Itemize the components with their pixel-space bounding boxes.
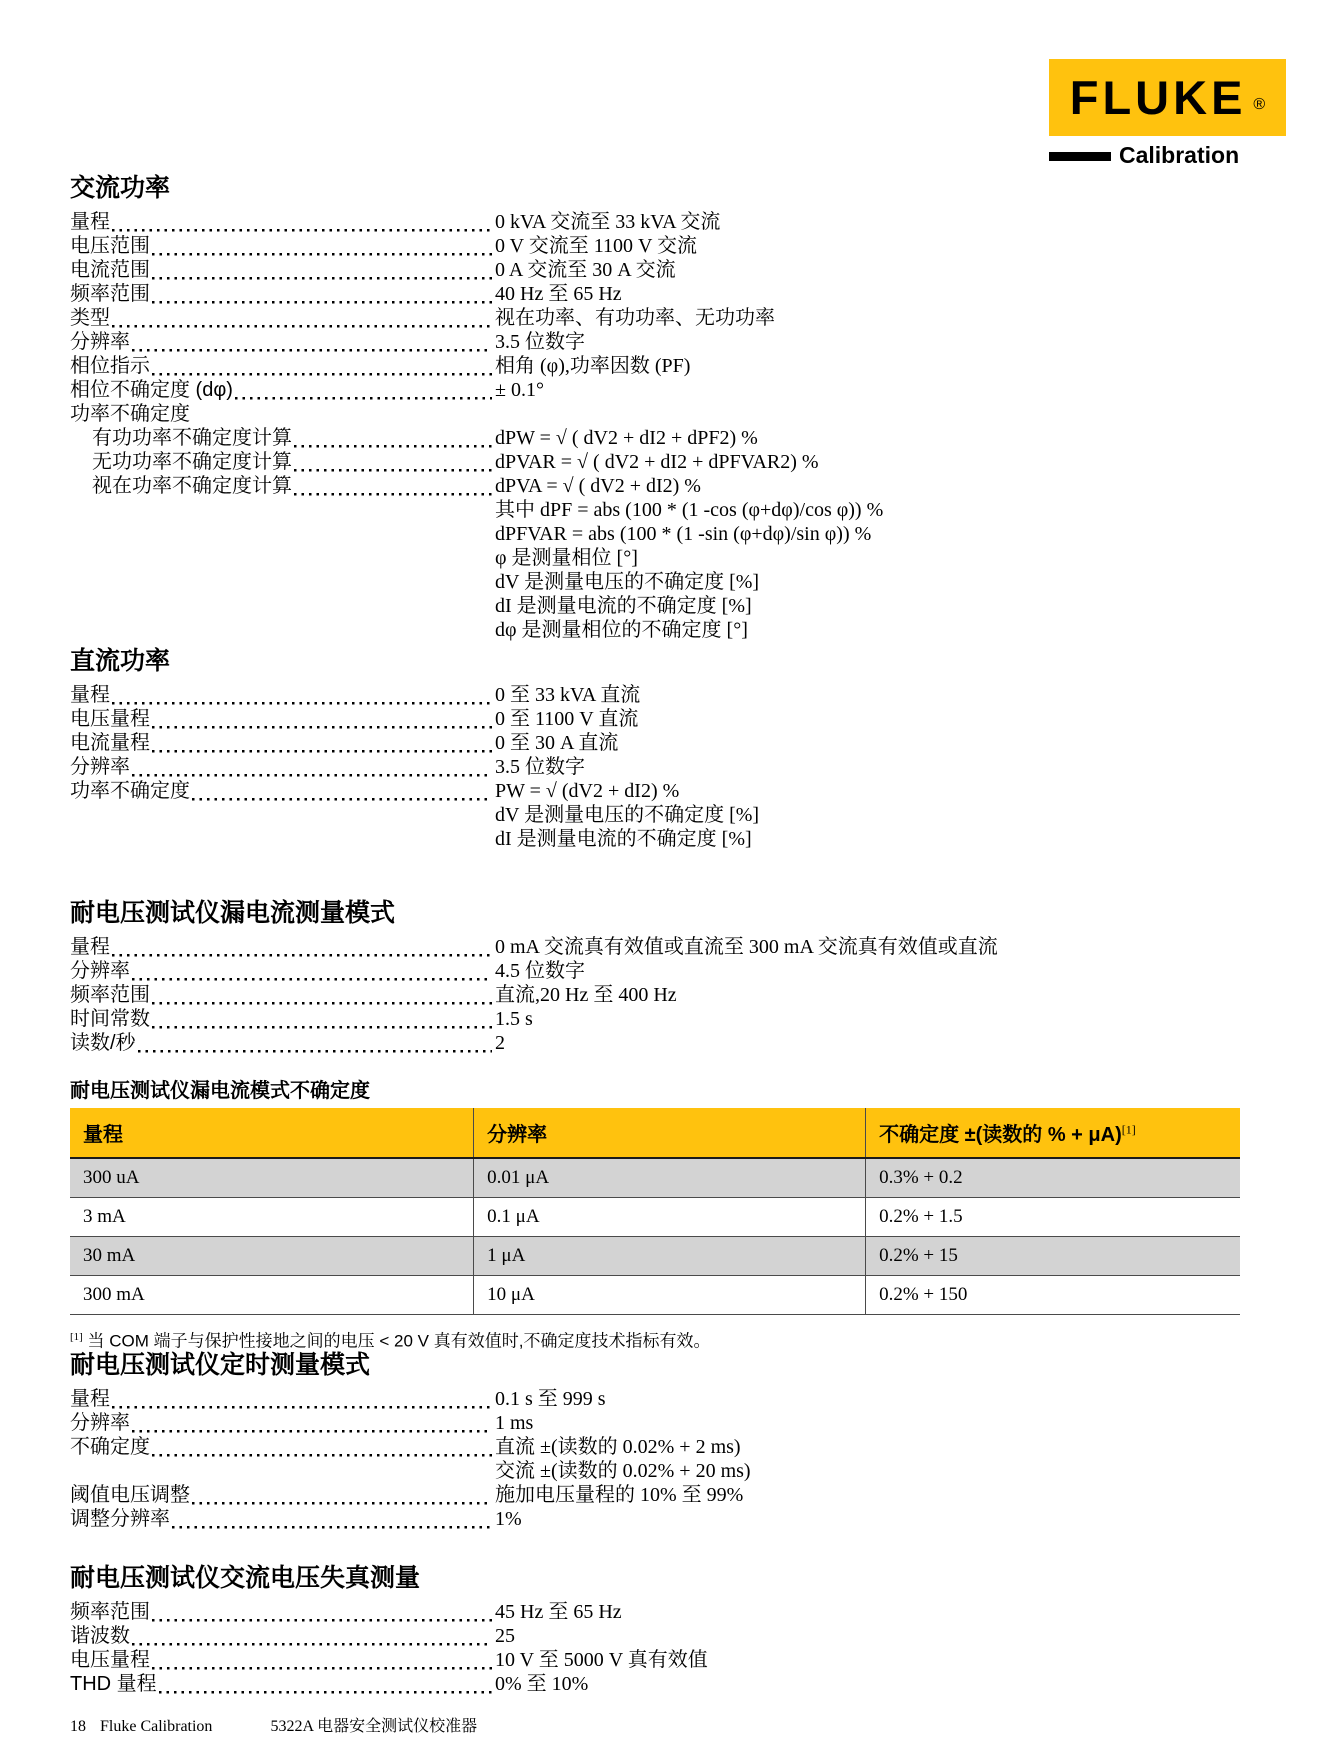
spec-value: 1% (495, 1508, 522, 1531)
section-leakage-uncertainty: 耐电压测试仪漏电流模式不确定度 量程分辨率不确定度 ±(读数的 % + μA)[… (70, 1080, 1240, 1352)
spec-left: 功率不确定度 (70, 780, 495, 803)
table-cell: 1 μA (474, 1237, 866, 1276)
spec-left: 有功功率不确定度计算 (70, 427, 495, 450)
spec-label: 量程 (70, 211, 110, 234)
leader-dots (294, 458, 492, 474)
footnote-text: 当 COM 端子与保护性接地之间的电压 < 20 V 真有效值时,不确定度技术指… (83, 1332, 711, 1351)
spec-left: 量程 (70, 211, 495, 234)
spec-row: 分辨率3.5 位数字 (70, 330, 1260, 354)
leader-dots (112, 1395, 492, 1411)
table-row: 300 uA0.01 μA0.3% + 0.2 (70, 1158, 1240, 1198)
datasheet-page: FLUKE ® Calibration 交流功率 量程0 kVA 交流至 33 … (0, 0, 1320, 1760)
spec-value: dV 是测量电压的不确定度 [%] (495, 804, 759, 827)
header-footnote-marker: [1] (1122, 1122, 1136, 1136)
spec-value: 4.5 位数字 (495, 960, 585, 983)
spec-row: 调整分辨率1% (70, 1507, 1260, 1531)
spec-row: 电流范围0 A 交流至 30 A 交流 (70, 258, 1260, 282)
table-header-row: 量程分辨率不确定度 ±(读数的 % + μA)[1] (70, 1108, 1240, 1158)
spec-row: 无功功率不确定度计算dPVAR = √ ( dV2 + dI2 + dPFVAR… (70, 450, 1260, 474)
spec-value: 3.5 位数字 (495, 756, 585, 779)
spec-row: 量程0 至 33 kVA 直流 (70, 683, 1260, 707)
leader-dots (192, 787, 492, 803)
spec-row: 频率范围40 Hz 至 65 Hz (70, 282, 1260, 306)
spec-row: dV 是测量电压的不确定度 [%] (70, 803, 1260, 827)
spec-label: 谐波数 (70, 1625, 130, 1648)
spec-label: 无功功率不确定度计算 (92, 451, 292, 474)
spec-row: dPFVAR = abs (100 * (1 -sin (φ+dφ)/sin φ… (70, 522, 1260, 546)
section-ac-power: 交流功率 量程0 kVA 交流至 33 kVA 交流电压范围0 V 交流至 11… (70, 175, 1260, 642)
spec-row: 功率不确定度PW = √ (dV2 + dI2) % (70, 779, 1260, 803)
table-cell: 3 mA (70, 1198, 474, 1237)
spec-left: 量程 (70, 684, 495, 707)
spec-row: dI 是测量电流的不确定度 [%] (70, 594, 1260, 618)
spec-left: 频率范围 (70, 1601, 495, 1624)
spec-rows: 频率范围45 Hz 至 65 Hz谐波数25电压量程10 V 至 5000 V … (70, 1600, 1260, 1696)
spec-left: 相位指示 (70, 355, 495, 378)
table-header-cell: 分辨率 (474, 1108, 866, 1158)
section-title: 耐电压测试仪交流电压失真测量 (70, 1565, 1260, 1591)
spec-left: 电压量程 (70, 708, 495, 731)
fluke-logo: FLUKE ® (1049, 59, 1286, 136)
section-dc-power: 直流功率 量程0 至 33 kVA 直流电压量程0 至 1100 V 直流电流量… (70, 648, 1260, 851)
spec-value: 45 Hz 至 65 Hz (495, 1601, 622, 1624)
spec-label: 类型 (70, 307, 110, 330)
spec-value: 0 kVA 交流至 33 kVA 交流 (495, 211, 720, 234)
spec-value: 相角 (φ),功率因数 (PF) (495, 355, 690, 378)
spec-value: 施加电压量程的 10% 至 99% (495, 1484, 743, 1507)
table-row: 3 mA0.1 μA0.2% + 1.5 (70, 1198, 1240, 1237)
spec-row: 交流 ±(读数的 0.02% + 20 ms) (70, 1459, 1260, 1483)
spec-value: 0 V 交流至 1100 V 交流 (495, 235, 697, 258)
spec-value: 25 (495, 1625, 515, 1648)
spec-label: 频率范围 (70, 984, 150, 1007)
leader-dots (132, 967, 492, 983)
footer-product: 5322A 电器安全测试仪校准器 (270, 1713, 477, 1736)
section-title: 耐电压测试仪定时测量模式 (70, 1352, 1260, 1378)
table-row: 30 mA1 μA0.2% + 15 (70, 1237, 1240, 1276)
spec-row: 时间常数1.5 s (70, 1007, 1260, 1031)
spec-row: 电流量程0 至 30 A 直流 (70, 731, 1260, 755)
page-number: 18 (70, 1718, 86, 1736)
table-cell: 300 uA (70, 1158, 474, 1198)
leader-dots (152, 739, 492, 755)
spec-left: 类型 (70, 307, 495, 330)
spec-row: φ 是测量相位 [°] (70, 546, 1260, 570)
spec-label: 电压量程 (70, 1649, 150, 1672)
spec-label: 分辨率 (70, 331, 130, 354)
spec-row: 相位不确定度 (dφ) ± 0.1° (70, 378, 1260, 402)
spec-label: 电压量程 (70, 708, 150, 731)
table-cell: 0.2% + 1.5 (866, 1198, 1240, 1237)
spec-row: 谐波数25 (70, 1624, 1260, 1648)
spec-value: 直流 ±(读数的 0.02% + 2 ms) (495, 1436, 741, 1459)
spec-left: THD 量程 (70, 1673, 495, 1696)
spec-value: 0% 至 10% (495, 1673, 588, 1696)
spec-row: 不确定度直流 ±(读数的 0.02% + 2 ms) (70, 1435, 1260, 1459)
spec-label: 电压范围 (70, 235, 150, 258)
spec-row: THD 量程0% 至 10% (70, 1672, 1260, 1696)
spec-value: 0 至 1100 V 直流 (495, 708, 638, 731)
spec-label: THD 量程 (70, 1673, 157, 1696)
spec-row: dI 是测量电流的不确定度 [%] (70, 827, 1260, 851)
leader-dots (294, 482, 492, 498)
calibration-bar-icon (1049, 152, 1111, 161)
leader-dots (132, 338, 492, 354)
spec-left: 功率不确定度 (70, 403, 495, 426)
leader-dots (132, 763, 492, 779)
spec-left: 视在功率不确定度计算 (70, 475, 495, 498)
spec-left: 谐波数 (70, 1625, 495, 1648)
spec-value: dI 是测量电流的不确定度 [%] (495, 828, 752, 851)
registered-trademark-icon: ® (1253, 96, 1265, 114)
spec-label: 量程 (70, 684, 110, 707)
spec-label: 分辨率 (70, 960, 130, 983)
spec-label: 分辨率 (70, 1412, 130, 1435)
spec-value: dPFVAR = abs (100 * (1 -sin (φ+dφ)/sin φ… (495, 523, 871, 546)
leader-dots (192, 1491, 492, 1507)
leader-dots (152, 242, 492, 258)
spec-left: 频率范围 (70, 984, 495, 1007)
table-cell: 30 mA (70, 1237, 474, 1276)
spec-row: 其中 dPF = abs (100 * (1 -cos (φ+dφ)/cos φ… (70, 498, 1260, 522)
spec-row: 分辨率1 ms (70, 1411, 1260, 1435)
spec-left: 无功功率不确定度计算 (70, 451, 495, 474)
spec-value: 1.5 s (495, 1008, 533, 1031)
spec-row: 阈值电压调整施加电压量程的 10% 至 99% (70, 1483, 1260, 1507)
spec-rows: 量程0 至 33 kVA 直流电压量程0 至 1100 V 直流电流量程0 至 … (70, 683, 1260, 851)
spec-value: 0 至 33 kVA 直流 (495, 684, 640, 707)
spec-left: 读数/秒 (70, 1032, 495, 1055)
spec-left: 电流范围 (70, 259, 495, 282)
spec-value: 1 ms (495, 1412, 533, 1435)
spec-value: dPVAR = √ ( dV2 + dI2 + dPFVAR2) % (495, 451, 819, 474)
spec-label: 量程 (70, 1388, 110, 1411)
spec-row: 频率范围45 Hz 至 65 Hz (70, 1600, 1260, 1624)
calibration-logo-line: Calibration (1049, 144, 1239, 167)
spec-rows: 量程0 mA 交流真有效值或直流至 300 mA 交流真有效值或直流分辨率4.5… (70, 935, 1260, 1055)
spec-left: 阈值电压调整 (70, 1484, 495, 1507)
spec-value: 2 (495, 1032, 505, 1055)
section-timer-mode: 耐电压测试仪定时测量模式 量程0.1 s 至 999 s分辨率1 ms不确定度直… (70, 1352, 1260, 1531)
spec-left: 时间常数 (70, 1008, 495, 1031)
spec-left: 电压范围 (70, 235, 495, 258)
table-cell: 10 μA (474, 1276, 866, 1315)
spec-label: 视在功率不确定度计算 (92, 475, 292, 498)
spec-row: 有功功率不确定度计算dPW = √ ( dV2 + dI2 + dPF2) % (70, 426, 1260, 450)
spec-label: 时间常数 (70, 1008, 150, 1031)
spec-left: 分辨率 (70, 1412, 495, 1435)
spec-left: 频率范围 (70, 283, 495, 306)
footer-brand: Fluke Calibration (100, 1718, 212, 1736)
leader-dots (132, 1632, 492, 1648)
spec-value: dI 是测量电流的不确定度 [%] (495, 595, 752, 618)
spec-label: 调整分辨率 (70, 1508, 170, 1531)
table-cell: 0.1 μA (474, 1198, 866, 1237)
spec-left: 量程 (70, 936, 495, 959)
spec-label: 功率不确定度 (70, 780, 190, 803)
table-title: 耐电压测试仪漏电流模式不确定度 (70, 1080, 1240, 1102)
spec-left: 不确定度 (70, 1436, 495, 1459)
spec-rows: 量程0 kVA 交流至 33 kVA 交流电压范围0 V 交流至 1100 V … (70, 210, 1260, 642)
spec-label: 量程 (70, 936, 110, 959)
spec-row: 频率范围直流,20 Hz 至 400 Hz (70, 983, 1260, 1007)
spec-value: 3.5 位数字 (495, 331, 585, 354)
spec-row: dφ 是测量相位的不确定度 [°] (70, 618, 1260, 642)
spec-value: dPW = √ ( dV2 + dI2 + dPF2) % (495, 427, 758, 450)
table-row: 300 mA10 μA0.2% + 150 (70, 1276, 1240, 1315)
spec-row: 相位指示相角 (φ),功率因数 (PF) (70, 354, 1260, 378)
page-footer: 18 Fluke Calibration 5322A 电器安全测试仪校准器 (70, 1713, 477, 1736)
spec-value: dV 是测量电压的不确定度 [%] (495, 571, 759, 594)
leader-dots (235, 386, 492, 402)
section-leakage-current-mode: 耐电压测试仪漏电流测量模式 量程0 mA 交流真有效值或直流至 300 mA 交… (70, 900, 1260, 1055)
spec-label: 阈值电压调整 (70, 1484, 190, 1507)
spec-value: 交流 ±(读数的 0.02% + 20 ms) (495, 1460, 751, 1483)
calibration-logo-text: Calibration (1119, 144, 1239, 167)
spec-left: 电流量程 (70, 732, 495, 755)
leader-dots (112, 691, 492, 707)
spec-value: 0 A 交流至 30 A 交流 (495, 259, 676, 282)
table-cell: 0.3% + 0.2 (866, 1158, 1240, 1198)
spec-left: 电压量程 (70, 1649, 495, 1672)
spec-row: 电压范围0 V 交流至 1100 V 交流 (70, 234, 1260, 258)
section-title: 耐电压测试仪漏电流测量模式 (70, 900, 1260, 926)
leader-dots (152, 266, 492, 282)
spec-value: 直流,20 Hz 至 400 Hz (495, 984, 677, 1007)
leader-dots (112, 218, 492, 234)
spec-row: 量程0.1 s 至 999 s (70, 1387, 1260, 1411)
spec-left: 分辨率 (70, 331, 495, 354)
leader-dots (152, 1443, 492, 1459)
spec-value: 0 mA 交流真有效值或直流至 300 mA 交流真有效值或直流 (495, 936, 998, 959)
spec-left: 相位不确定度 (dφ) (70, 379, 495, 402)
footnote-marker: [1] (70, 1331, 83, 1343)
leader-dots (152, 715, 492, 731)
spec-left: 量程 (70, 1388, 495, 1411)
table-header-cell: 量程 (70, 1108, 474, 1158)
spec-value: ± 0.1° (495, 379, 544, 402)
spec-value: PW = √ (dV2 + dI2) % (495, 780, 679, 803)
spec-row: 电压量程10 V 至 5000 V 真有效值 (70, 1648, 1260, 1672)
spec-value: 0.1 s 至 999 s (495, 1388, 606, 1411)
spec-label: 读数/秒 (70, 1032, 136, 1055)
spec-value: 0 至 30 A 直流 (495, 732, 618, 755)
spec-value: dPVA = √ ( dV2 + dI2) % (495, 475, 701, 498)
leader-dots (152, 1656, 492, 1672)
spec-label: 频率范围 (70, 283, 150, 306)
table-header-cell: 不确定度 ±(读数的 % + μA)[1] (866, 1108, 1240, 1158)
spec-row: 分辨率4.5 位数字 (70, 959, 1260, 983)
spec-label: 频率范围 (70, 1601, 150, 1624)
spec-label: 有功功率不确定度计算 (92, 427, 292, 450)
spec-label: 分辨率 (70, 756, 130, 779)
spec-value: 10 V 至 5000 V 真有效值 (495, 1649, 708, 1672)
table-cell: 0.01 μA (474, 1158, 866, 1198)
spec-row: 量程0 kVA 交流至 33 kVA 交流 (70, 210, 1260, 234)
leader-dots (152, 290, 492, 306)
spec-rows: 量程0.1 s 至 999 s分辨率1 ms不确定度直流 ±(读数的 0.02%… (70, 1387, 1260, 1531)
leader-dots (112, 314, 492, 330)
spec-label: 相位指示 (70, 355, 150, 378)
leader-dots (152, 1015, 492, 1031)
leader-dots (172, 1515, 492, 1531)
spec-value: 40 Hz 至 65 Hz (495, 283, 622, 306)
spec-label: 相位不确定度 (dφ) (70, 379, 233, 402)
section-distortion-measurement: 耐电压测试仪交流电压失真测量 频率范围45 Hz 至 65 Hz谐波数25电压量… (70, 1565, 1260, 1696)
leader-dots (159, 1680, 492, 1696)
section-title: 交流功率 (70, 175, 1260, 201)
spec-value: 视在功率、有功功率、无功功率 (495, 307, 775, 330)
leader-dots (152, 1608, 492, 1624)
spec-label: 电流量程 (70, 732, 150, 755)
spec-value: 其中 dPF = abs (100 * (1 -cos (φ+dφ)/cos φ… (495, 499, 883, 522)
spec-row: 分辨率3.5 位数字 (70, 755, 1260, 779)
spec-label: 不确定度 (70, 1436, 150, 1459)
table-cell: 300 mA (70, 1276, 474, 1315)
spec-row: dV 是测量电压的不确定度 [%] (70, 570, 1260, 594)
spec-row: 读数/秒 2 (70, 1031, 1260, 1055)
leader-dots (138, 1039, 492, 1055)
spec-label: 功率不确定度 (70, 403, 190, 426)
spec-row: 功率不确定度 (70, 402, 1260, 426)
fluke-logo-text: FLUKE (1070, 74, 1247, 121)
spec-row: 视在功率不确定度计算dPVA = √ ( dV2 + dI2) % (70, 474, 1260, 498)
table-cell: 0.2% + 150 (866, 1276, 1240, 1315)
section-title: 直流功率 (70, 648, 1260, 674)
spec-label: 电流范围 (70, 259, 150, 282)
table-footnote: [1] 当 COM 端子与保护性接地之间的电压 < 20 V 真有效值时,不确定… (70, 1327, 1240, 1352)
spec-row: 量程0 mA 交流真有效值或直流至 300 mA 交流真有效值或直流 (70, 935, 1260, 959)
spec-row: 类型视在功率、有功功率、无功功率 (70, 306, 1260, 330)
leader-dots (152, 362, 492, 378)
table-cell: 0.2% + 15 (866, 1237, 1240, 1276)
spec-row: 电压量程0 至 1100 V 直流 (70, 707, 1260, 731)
leader-dots (112, 943, 492, 959)
leader-dots (132, 1419, 492, 1435)
spec-left: 分辨率 (70, 960, 495, 983)
leader-dots (294, 434, 492, 450)
spec-left: 分辨率 (70, 756, 495, 779)
spec-left: 调整分辨率 (70, 1508, 495, 1531)
leader-dots (152, 991, 492, 1007)
spec-value: φ 是测量相位 [°] (495, 547, 638, 570)
spec-value: dφ 是测量相位的不确定度 [°] (495, 619, 748, 642)
uncertainty-table: 量程分辨率不确定度 ±(读数的 % + μA)[1] 300 uA0.01 μA… (70, 1108, 1240, 1315)
